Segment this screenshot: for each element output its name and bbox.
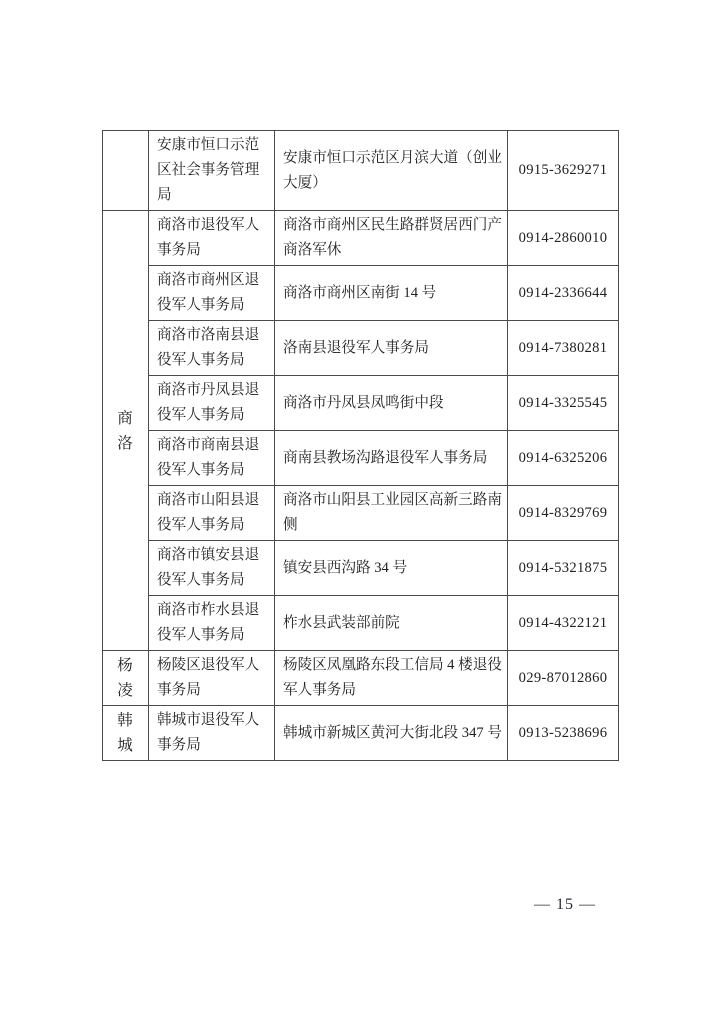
phone-cell: 0914-3325545: [508, 376, 619, 431]
office-name-cell: 商洛市丹凤县退役军人事务局: [149, 376, 275, 431]
table-row: 安康市恒口示范区社会事务管理局 安康市恒口示范区月滨大道（创业大厦） 0915-…: [103, 131, 619, 211]
address-cell: 镇安县西沟路 34 号: [275, 541, 508, 596]
table-row: 商洛市山阳县退役军人事务局 商洛市山阳县工业园区高新三路南侧 0914-8329…: [103, 486, 619, 541]
region-cell-hancheng: 韩 城: [103, 706, 149, 761]
address-cell: 杨陵区凤凰路东段工信局 4 楼退役军人事务局: [275, 651, 508, 706]
phone-cell: 0914-6325206: [508, 431, 619, 486]
address-cell: 商洛市商州区南街 14 号: [275, 266, 508, 321]
address-cell: 韩城市新城区黄河大街北段 347 号: [275, 706, 508, 761]
table-row: 商 洛 商洛市退役军人事务局 商洛市商州区民生路群贤居西门产商洛军休 0914-…: [103, 211, 619, 266]
phone-cell: 0914-5321875: [508, 541, 619, 596]
table-row: 商洛市商南县退役军人事务局 商南县教场沟路退役军人事务局 0914-632520…: [103, 431, 619, 486]
address-cell: 商洛市山阳县工业园区高新三路南侧: [275, 486, 508, 541]
table-row: 商洛市洛南县退役军人事务局 洛南县退役军人事务局 0914-7380281: [103, 321, 619, 376]
phone-cell: 0915-3629271: [508, 131, 619, 211]
office-name-cell: 商洛市商州区退役军人事务局: [149, 266, 275, 321]
table-row: 商洛市镇安县退役军人事务局 镇安县西沟路 34 号 0914-5321875: [103, 541, 619, 596]
phone-cell: 0914-2336644: [508, 266, 619, 321]
address-cell: 安康市恒口示范区月滨大道（创业大厦）: [275, 131, 508, 211]
phone-cell: 0914-4322121: [508, 596, 619, 651]
address-cell: 商洛市丹凤县凤鸣街中段: [275, 376, 508, 431]
table-row: 商洛市柞水县退役军人事务局 柞水县武装部前院 0914-4322121: [103, 596, 619, 651]
table-row: 杨 凌 杨陵区退役军人事务局 杨陵区凤凰路东段工信局 4 楼退役军人事务局 02…: [103, 651, 619, 706]
region-cell-shangluo: 商 洛: [103, 211, 149, 651]
office-name-cell: 安康市恒口示范区社会事务管理局: [149, 131, 275, 211]
page-number: — 15 —: [505, 896, 625, 914]
office-name-cell: 商洛市洛南县退役军人事务局: [149, 321, 275, 376]
table-row: 商洛市丹凤县退役军人事务局 商洛市丹凤县凤鸣街中段 0914-3325545: [103, 376, 619, 431]
phone-cell: 0914-2860010: [508, 211, 619, 266]
office-name-cell: 商洛市镇安县退役军人事务局: [149, 541, 275, 596]
office-name-cell: 商洛市商南县退役军人事务局: [149, 431, 275, 486]
table-row: 韩 城 韩城市退役军人事务局 韩城市新城区黄河大街北段 347 号 0913-5…: [103, 706, 619, 761]
address-cell: 柞水县武装部前院: [275, 596, 508, 651]
office-name-cell: 商洛市柞水县退役军人事务局: [149, 596, 275, 651]
document-page: 安康市恒口示范区社会事务管理局 安康市恒口示范区月滨大道（创业大厦） 0915-…: [0, 0, 720, 1018]
office-name-cell: 韩城市退役军人事务局: [149, 706, 275, 761]
contact-table: 安康市恒口示范区社会事务管理局 安康市恒口示范区月滨大道（创业大厦） 0915-…: [102, 130, 619, 761]
phone-cell: 0913-5238696: [508, 706, 619, 761]
office-name-cell: 商洛市退役军人事务局: [149, 211, 275, 266]
phone-cell: 0914-8329769: [508, 486, 619, 541]
region-cell: [103, 131, 149, 211]
phone-cell: 0914-7380281: [508, 321, 619, 376]
office-name-cell: 杨陵区退役军人事务局: [149, 651, 275, 706]
region-cell-yangling: 杨 凌: [103, 651, 149, 706]
office-name-cell: 商洛市山阳县退役军人事务局: [149, 486, 275, 541]
table-row: 商洛市商州区退役军人事务局 商洛市商州区南街 14 号 0914-2336644: [103, 266, 619, 321]
address-cell: 商洛市商州区民生路群贤居西门产商洛军休: [275, 211, 508, 266]
address-cell: 商南县教场沟路退役军人事务局: [275, 431, 508, 486]
address-cell: 洛南县退役军人事务局: [275, 321, 508, 376]
phone-cell: 029-87012860: [508, 651, 619, 706]
